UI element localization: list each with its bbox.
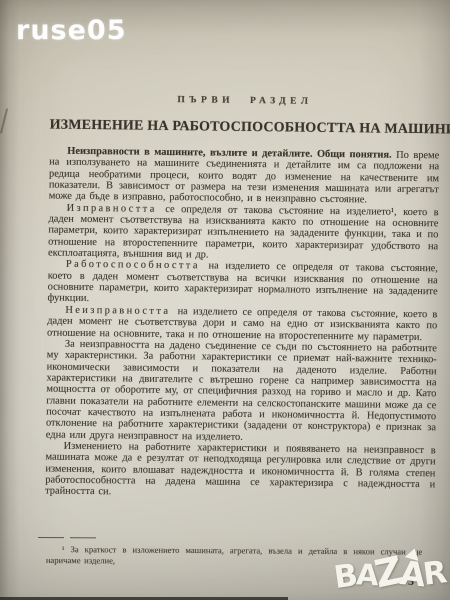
- ruse05-watermark: ruse05: [16, 15, 127, 46]
- page-edge-crease: [0, 108, 8, 134]
- bazar-watermark-logo: B A Z A R: [333, 551, 447, 593]
- paragraph: Изменението на работните характеристики …: [45, 440, 436, 501]
- footnote-divider: [38, 537, 96, 538]
- paragraph: Неизправности в машините, възлите и дета…: [49, 146, 440, 207]
- paragraph-lead: Неизправността: [65, 305, 172, 317]
- section-heading: ПЪРВИ РАЗДЕЛ: [50, 94, 440, 109]
- paragraph-lead: Изправността: [67, 202, 159, 214]
- page-content: ПЪРВИ РАЗДЕЛ ИЗМЕНЕНИЕ НА РАБОТОСПОСОБНО…: [45, 94, 440, 502]
- paragraph: Работоспособността на изделието се опред…: [47, 259, 438, 309]
- book-page-photo: ПЪРВИ РАЗДЕЛ ИЗМЕНЕНИЕ НА РАБОТОСПОСОБНО…: [0, 0, 450, 600]
- chapter-title: ИЗМЕНЕНИЕ НА РАБОТОСПОСОБНОСТТА НА МАШИН…: [50, 118, 440, 139]
- paragraph: За неизправността на дадено съединение с…: [46, 338, 437, 445]
- paragraph: Изправността се определя от такова състо…: [48, 202, 439, 263]
- bazar-logo-letter: R: [421, 557, 448, 591]
- body-text: Неизправности в машините, възлите и дета…: [45, 146, 439, 502]
- paragraph: Неизправността на изделието се определя …: [47, 304, 437, 343]
